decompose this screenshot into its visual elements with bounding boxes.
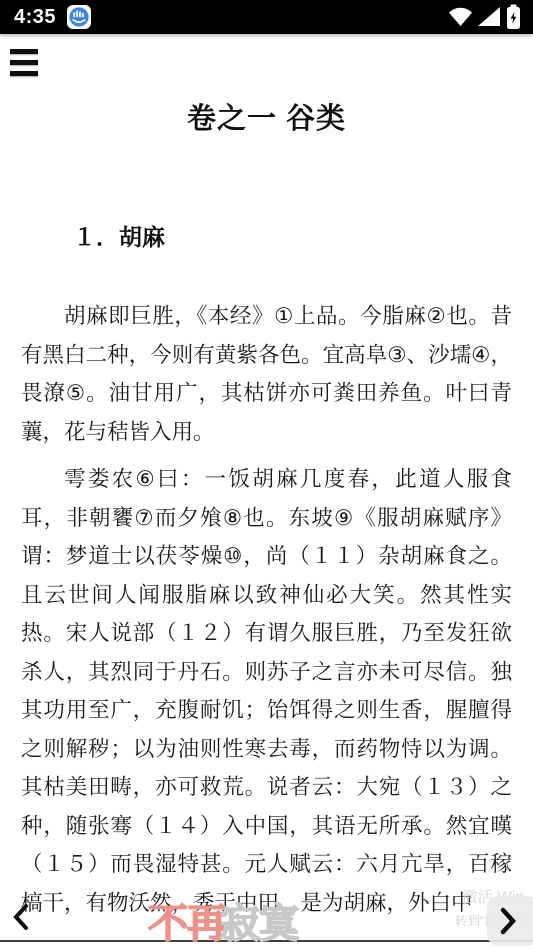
signal-icon xyxy=(478,7,501,27)
menu-bar xyxy=(10,60,38,65)
status-bar: 4:35 xyxy=(0,0,533,34)
section-heading: １．胡麻 xyxy=(73,223,512,252)
status-icons xyxy=(448,4,521,30)
paragraph: 胡麻即巨胜，《本经》①上品。今脂麻②也。昔有黑白二种，今则有黄紫各色。宜高阜③、… xyxy=(21,297,512,451)
menu-button[interactable] xyxy=(10,49,38,77)
prev-page-button[interactable] xyxy=(11,903,31,936)
chapter-title: 卷之一 谷类 xyxy=(21,34,512,138)
reader-page: 4:35 xyxy=(0,0,533,948)
menu-bar xyxy=(10,71,38,76)
notification-app-icon xyxy=(67,5,91,29)
wifi-icon xyxy=(448,7,473,27)
menu-bar xyxy=(10,49,38,54)
chevron-right-icon xyxy=(498,907,518,935)
paragraph: 雩娄农⑥曰：一饭胡麻几度春，此道人服食耳，非朝饔⑦而夕飧⑧也。东坡⑨《服胡麻赋序… xyxy=(21,460,512,922)
next-page-button[interactable] xyxy=(487,896,533,946)
battery-charging-icon xyxy=(506,4,521,30)
chevron-left-icon xyxy=(11,903,31,931)
reader-content: 卷之一 谷类 １．胡麻 胡麻即巨胜，《本经》①上品。今脂麻②也。昔有黑白二种，今… xyxy=(0,34,533,922)
bottom-divider xyxy=(0,940,533,942)
body-text: 胡麻即巨胜，《本经》①上品。今脂麻②也。昔有黑白二种，今则有黄紫各色。宜高阜③、… xyxy=(21,297,512,922)
clock: 4:35 xyxy=(14,6,56,29)
